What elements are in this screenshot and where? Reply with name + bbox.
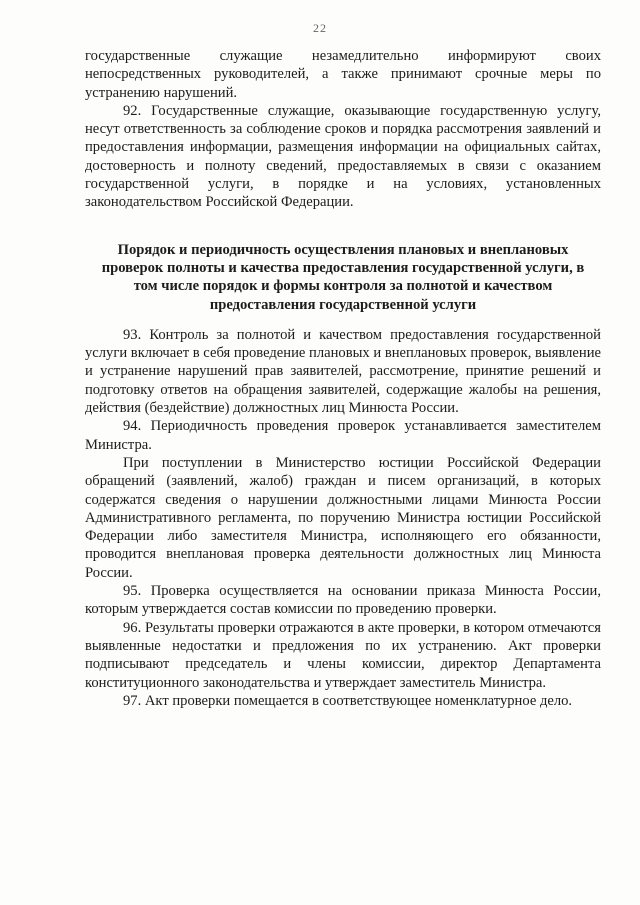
paragraph: 97. Акт проверки помещается в соответств… xyxy=(85,692,601,710)
section-heading-line: предоставления государственной услуги xyxy=(85,296,601,314)
section-heading-line: проверок полноты и качества предоставлен… xyxy=(85,259,601,277)
paragraph: 92. Государственные служащие, оказывающи… xyxy=(85,102,601,212)
paragraph: 94. Периодичность проведения проверок ус… xyxy=(85,417,601,454)
section-heading: Порядок и периодичность осуществления пл… xyxy=(85,241,601,314)
section-heading-line: Порядок и периодичность осуществления пл… xyxy=(85,241,601,259)
section-heading-line: том числе порядок и формы контроля за по… xyxy=(85,277,601,295)
document-page: 22 государственные служащие незамедлител… xyxy=(0,0,640,905)
paragraph: При поступлении в Министерство юстиции Р… xyxy=(85,454,601,582)
paragraph: 96. Результаты проверки отражаются в акт… xyxy=(85,619,601,692)
page-number: 22 xyxy=(0,21,640,36)
paragraph: государственные служащие незамедлительно… xyxy=(85,47,601,102)
document-body: государственные служащие незамедлительно… xyxy=(85,47,601,710)
paragraph: 93. Контроль за полнотой и качеством пре… xyxy=(85,326,601,417)
paragraph: 95. Проверка осуществляется на основании… xyxy=(85,582,601,619)
